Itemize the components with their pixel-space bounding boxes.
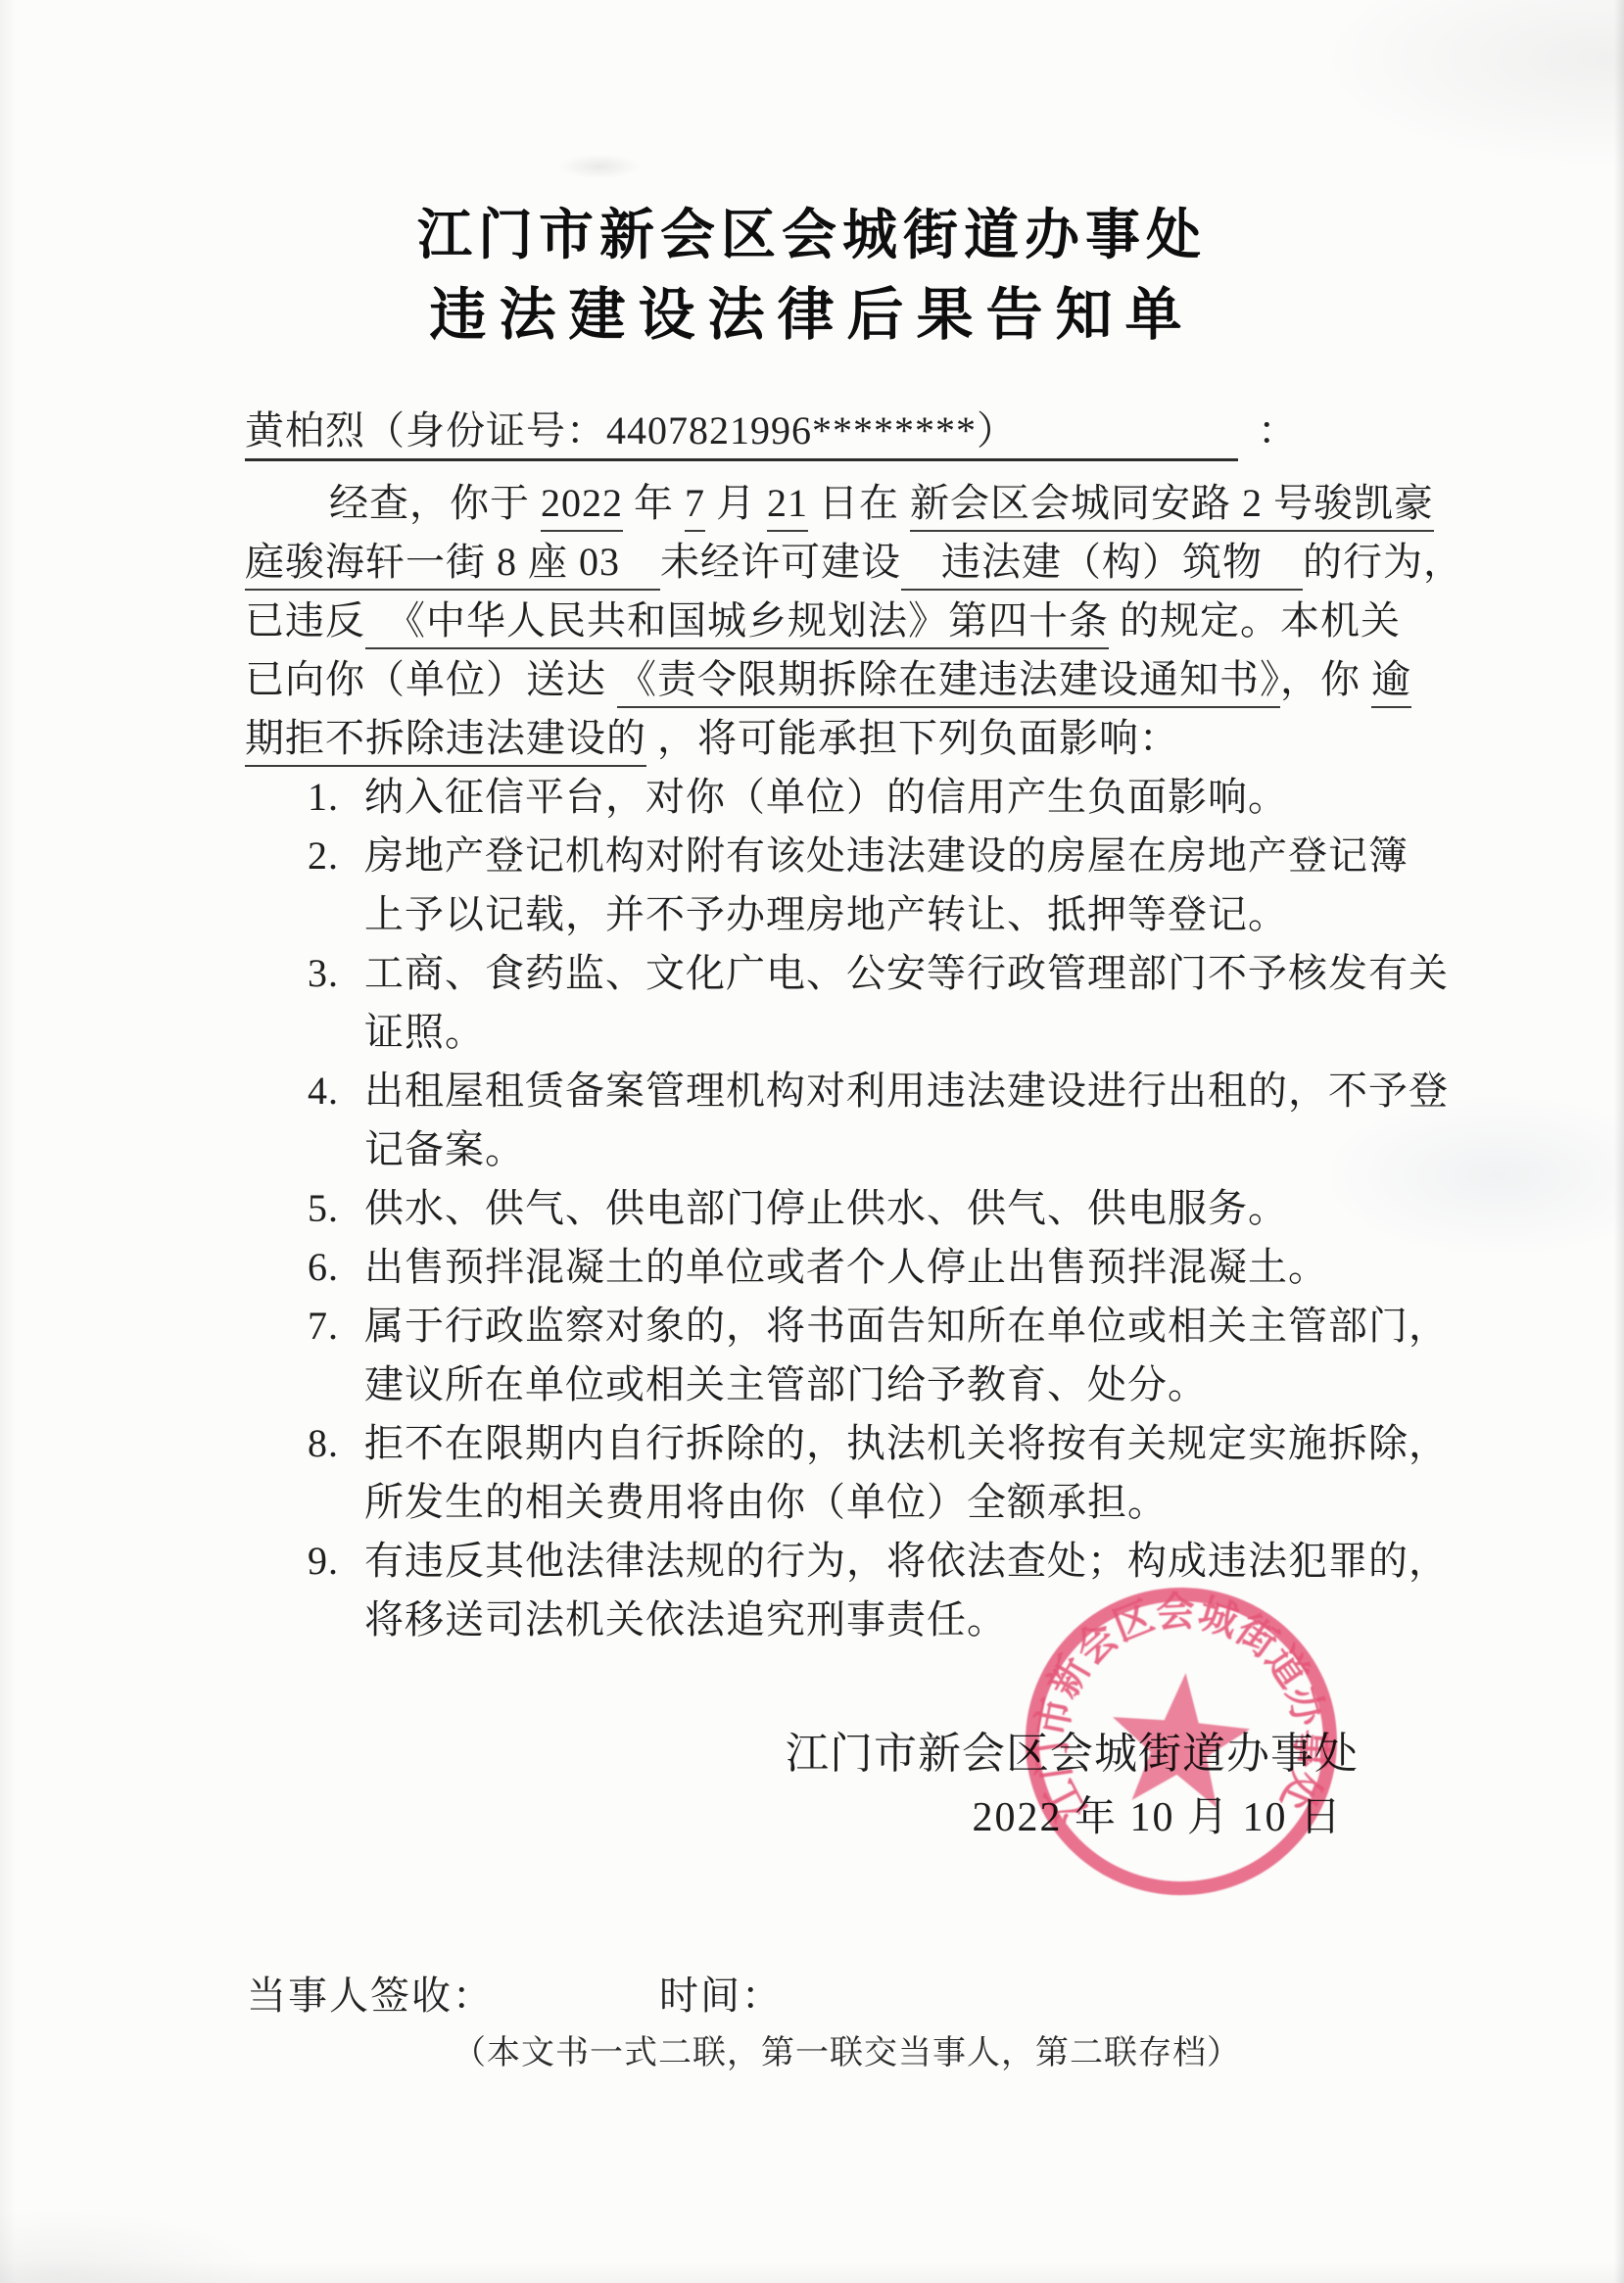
fill-in-underlined: 《中华人民共和国城乡规划法》第四十条 <box>365 598 1109 649</box>
fill-in-underlined: 7 <box>685 481 705 532</box>
document-title-subject: 违法建设法律后果告知单 <box>0 268 1624 351</box>
text-segment: 未经许可建设 <box>660 540 901 584</box>
fill-in-underlined: 新会区会城同安路 2 号骏凯豪 <box>910 481 1434 532</box>
text-segment: 属于行政监察对象的，将书面告知所在单位或相关主管部门， <box>364 1304 1449 1348</box>
fill-in-underlined: 21 <box>767 481 808 532</box>
fill-in-underlined: 违法建（构）筑物 <box>901 540 1303 591</box>
addressee-name-underlined: 黄柏烈（身份证号：4407821996********） <box>245 408 1238 461</box>
item-number: 2. <box>308 827 339 885</box>
document-title-org: 江门市新会区会城街道办事处 <box>0 192 1624 270</box>
fill-in-underlined: 庭骏海轩一街 8 座 03 <box>245 540 660 591</box>
item-number: 6. <box>308 1238 339 1297</box>
fill-in-underlined: 《责令限期拆除在建违法建设通知书》 <box>617 657 1280 708</box>
list-item: 2.房地产登记机构对附有该处违法建设的房屋在房地产登记簿 <box>245 827 1396 885</box>
item-number: 3. <box>308 944 339 1003</box>
body-line: 记备案。 <box>245 1120 1396 1179</box>
body-line: 上予以记载，并不予办理房地产转让、抵押等登记。 <box>245 885 1396 944</box>
text-segment: 经查，你于 <box>329 481 541 525</box>
item-number: 5. <box>308 1179 339 1238</box>
list-item: 4.出租屋租赁备案管理机构对利用违法建设进行出租的，不予登 <box>245 1062 1396 1120</box>
list-item: 3.工商、食药监、文化广电、公安等行政管理部门不予核发有关 <box>245 944 1396 1003</box>
text-segment: 已向你（单位）送达 <box>245 657 617 701</box>
text-segment: ，将可能承担下列负面影响： <box>646 716 1179 760</box>
text-segment: 拒不在限期内自行拆除的，执法机关将按有关规定实施拆除， <box>364 1421 1449 1465</box>
text-segment: ，你 <box>1280 657 1371 701</box>
item-number: 8. <box>308 1414 339 1473</box>
text-segment: 纳入征信平台，对你（单位）的信用产生负面影响。 <box>364 775 1288 819</box>
text-segment: 证照。 <box>364 1010 485 1054</box>
fill-in-underlined: 2022 <box>541 481 623 532</box>
time-label: 时间： <box>659 1965 783 2021</box>
text-segment: 建议所在单位或相关主管部门给予教育、处分。 <box>364 1362 1208 1406</box>
text-segment: 已违反 <box>245 598 365 642</box>
text-segment: 将移送司法机关依法追究刑事责任。 <box>364 1597 1007 1641</box>
text-segment: 的规定。本机关 <box>1109 598 1401 642</box>
official-seal: 江门市新会区会城街道办事处 <box>1009 1573 1354 1914</box>
fill-in-underlined: 期拒不拆除违法建设的 <box>245 716 646 767</box>
addressee-line: 黄柏烈（身份证号：4407821996********） ： <box>245 404 1298 458</box>
item-number: 7. <box>308 1297 339 1356</box>
text-segment: 上予以记载，并不予办理房地产转让、抵押等登记。 <box>364 892 1288 936</box>
party-sign-label: 当事人签收： <box>247 1965 494 2021</box>
list-item: 1.纳入征信平台，对你（单位）的信用产生负面影响。 <box>245 768 1396 827</box>
list-item: 6.出售预拌混凝土的单位或者个人停止出售预拌混凝土。 <box>245 1238 1396 1297</box>
text-segment: 出售预拌混凝土的单位或者个人停止出售预拌混凝土。 <box>364 1245 1328 1289</box>
text-segment: 出租屋租赁备案管理机构对利用违法建设进行出租的，不予登 <box>364 1069 1449 1113</box>
text-segment: 月 <box>705 481 767 525</box>
text-segment: 的行为， <box>1303 540 1463 584</box>
body-line: 已违反 《中华人民共和国城乡规划法》第四十条 的规定。本机关 <box>245 592 1396 650</box>
list-item: 7.属于行政监察对象的，将书面告知所在单位或相关主管部门， <box>245 1297 1396 1356</box>
body-line: 庭骏海轩一街 8 座 03 未经许可建设 违法建（构）筑物 的行为， <box>245 533 1396 592</box>
fill-in-underlined: 逾 <box>1371 657 1411 708</box>
text-segment: 供水、供气、供电部门停止供水、供气、供电服务。 <box>364 1186 1288 1230</box>
item-number: 9. <box>308 1532 339 1591</box>
text-segment: 房地产登记机构对附有该处违法建设的房屋在房地产登记簿 <box>364 833 1409 878</box>
body-line: 建议所在单位或相关主管部门给予教育、处分。 <box>245 1356 1396 1414</box>
item-number: 4. <box>308 1062 339 1120</box>
body-line: 已向你（单位）送达 《责令限期拆除在建违法建设通知书》，你 逾 <box>245 650 1396 709</box>
item-number: 1. <box>308 768 339 827</box>
copies-note: （本文书一式二联，第一联交当事人，第二联存档） <box>453 2025 1241 2073</box>
scanned-document-page: 江门市新会区会城街道办事处 违法建设法律后果告知单 黄柏烈（身份证号：44078… <box>0 0 1624 2283</box>
text-segment: 工商、食药监、文化广电、公安等行政管理部门不予核发有关 <box>364 951 1449 995</box>
body-line: 证照。 <box>245 1003 1396 1062</box>
addressee-colon: ： <box>1258 408 1298 452</box>
text-segment: 日在 <box>808 481 910 525</box>
list-item: 8.拒不在限期内自行拆除的，执法机关将按有关规定实施拆除， <box>245 1414 1396 1473</box>
text-segment: 记备案。 <box>364 1127 525 1171</box>
list-item: 5.供水、供气、供电部门停止供水、供气、供电服务。 <box>245 1179 1396 1238</box>
body-line: 期拒不拆除违法建设的 ，将可能承担下列负面影响： <box>245 709 1396 768</box>
text-segment: 年 <box>623 481 685 525</box>
body-line: 经查，你于 2022 年 7 月 21 日在 新会区会城同安路 2 号骏凯豪 <box>245 474 1396 533</box>
star-icon <box>1106 1667 1255 1810</box>
text-segment: 所发生的相关费用将由你（单位）全额承担。 <box>364 1480 1168 1524</box>
body-line: 所发生的相关费用将由你（单位）全额承担。 <box>245 1473 1396 1532</box>
body-text: 经查，你于 2022 年 7 月 21 日在 新会区会城同安路 2 号骏凯豪庭骏… <box>245 474 1396 1649</box>
